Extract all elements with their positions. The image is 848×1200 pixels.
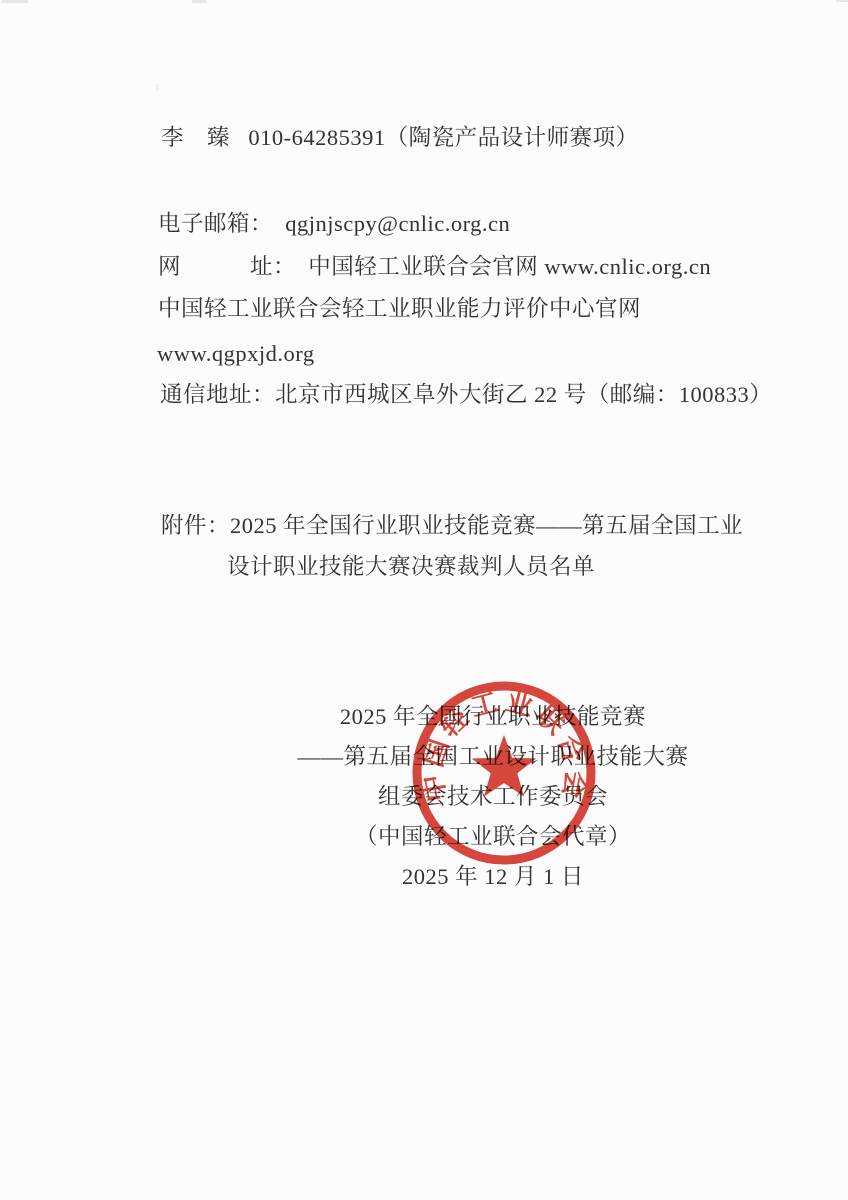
signature-line-3: 组委会技术工作委员会 [263, 777, 723, 817]
contact-phone-line: 李 臻 010-64285391（陶瓷产品设计师赛项） [161, 124, 639, 152]
signature-date: 2025 年 12 月 1 日 [263, 857, 723, 897]
attachment-line-1: 附件：2025 年全国行业职业技能竞赛——第五届全国工业 [161, 512, 743, 540]
scan-artifact [2, 0, 28, 3]
contact-website-line: 网 址： 中国轻工业联合会官网 www.cnlic.org.cn [158, 253, 711, 281]
signature-line-4: （中国轻工业联合会代章） [263, 817, 723, 857]
signature-line-1: 2025 年全国行业职业技能竞赛 [263, 697, 723, 737]
scan-artifact [836, 0, 848, 2]
document-page: 李 臻 010-64285391（陶瓷产品设计师赛项） 电子邮箱： qgjnjs… [0, 0, 848, 1200]
attachment-line-2: 设计职业技能大赛决赛裁判人员名单 [227, 553, 595, 581]
scan-artifact [156, 84, 159, 90]
contact-email-line: 电子邮箱： qgjnjscpy@cnlic.org.cn [158, 210, 510, 238]
postal-address-line: 通信地址：北京市西城区阜外大街乙 22 号（邮编：100833） [160, 381, 772, 409]
center-site-name-line: 中国轻工业联合会轻工业职业能力评价中心官网 [158, 295, 641, 323]
signature-line-2: ——第五届全国工业设计职业技能大赛 [263, 737, 723, 777]
center-site-url-line: www.qgpxjd.org [157, 340, 315, 368]
signature-block: 2025 年全国行业职业技能竞赛 ——第五届全国工业设计职业技能大赛 组委会技术… [263, 697, 723, 897]
scan-artifact [192, 0, 206, 3]
